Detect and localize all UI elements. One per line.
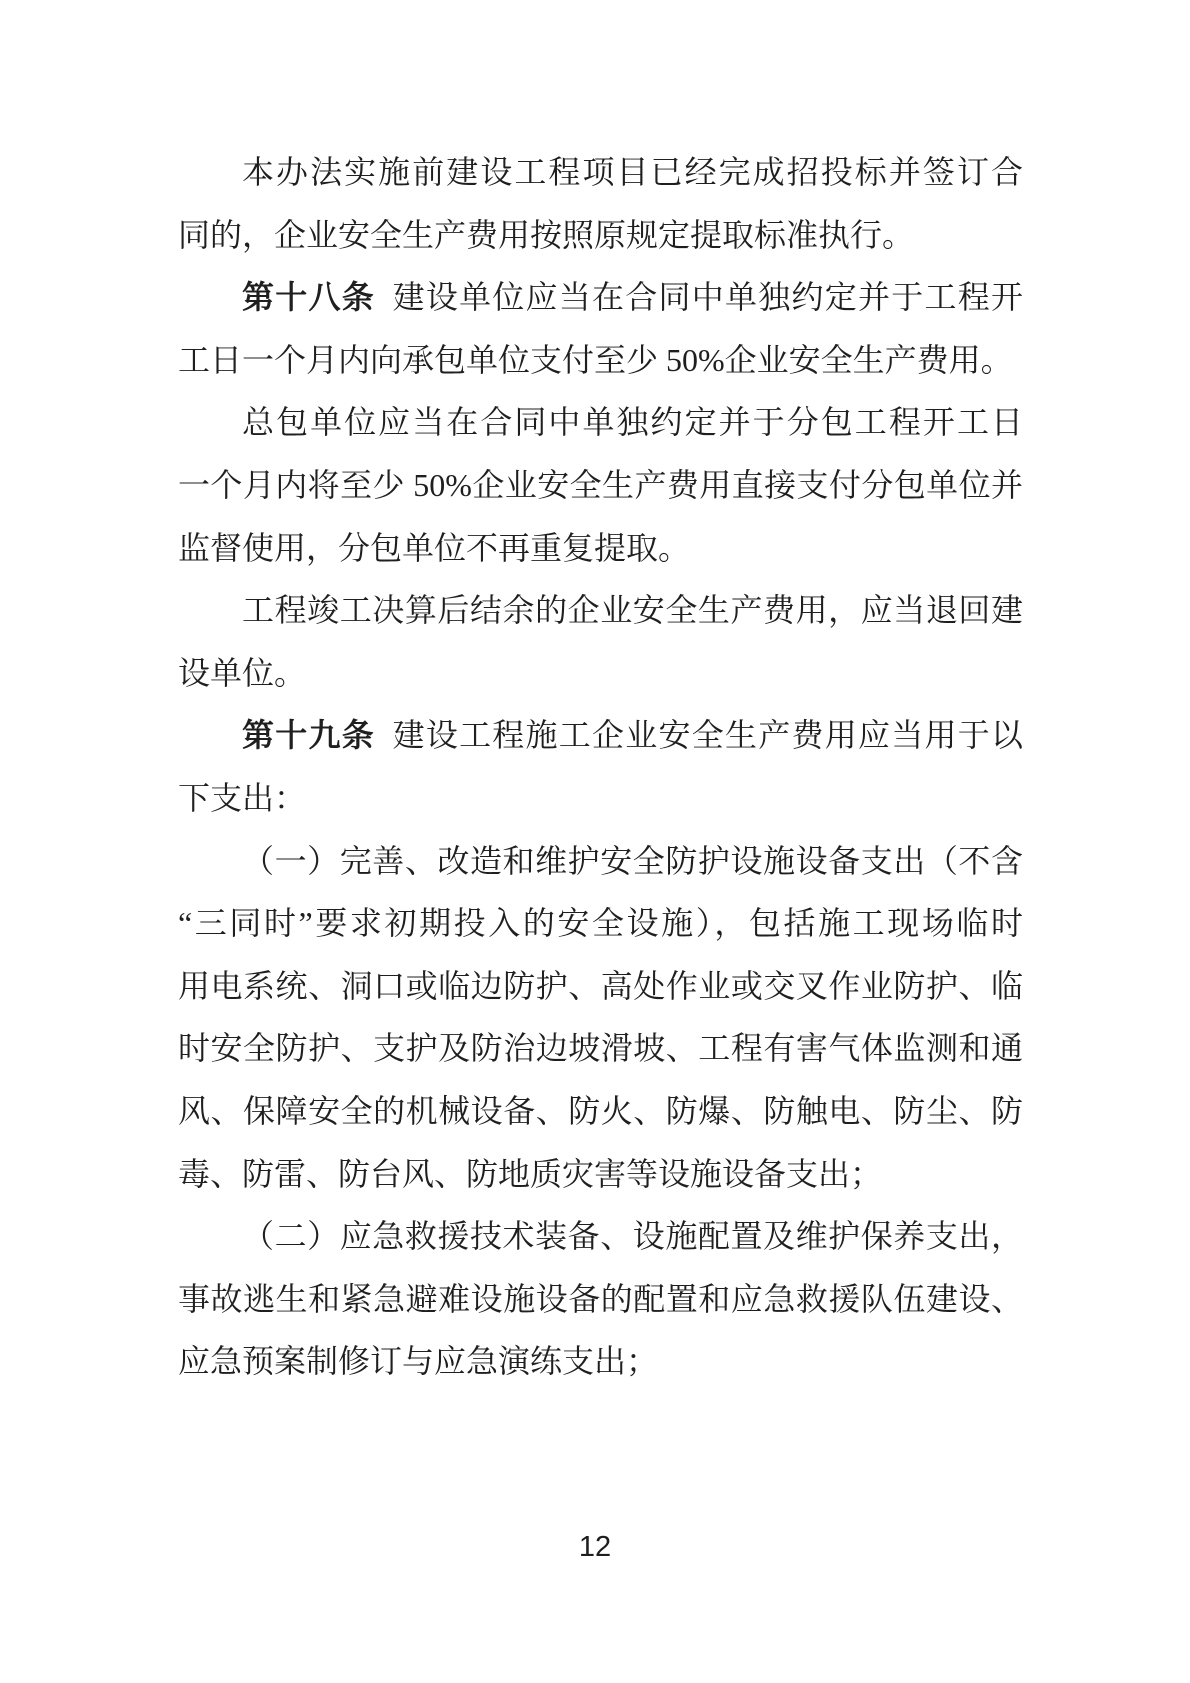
text-line: 总包单位应当在合同中单独约定并于分包工程开工日 xyxy=(178,391,1023,454)
text-line: 事故逃生和紧急避难设施设备的配置和应急救援队伍建设、 xyxy=(178,1268,1023,1331)
article-number: 第十八条 xyxy=(242,279,375,315)
text-line: （二）应急救援技术装备、设施配置及维护保养支出， xyxy=(178,1205,1023,1268)
document-page: 本办法实施前建设工程项目已经完成招投标并签订合同的，企业安全生产费用按照原规定提… xyxy=(0,0,1190,1683)
text-line: 工程竣工决算后结余的企业安全生产费用，应当退回建 xyxy=(178,579,1023,642)
text-line: 一个月内将至少 50%企业安全生产费用直接支付分包单位并 xyxy=(178,454,1023,517)
text-line: 应急预案制修订与应急演练支出； xyxy=(178,1330,1023,1393)
text-line: “三同时”要求初期投入的安全设施），包括施工现场临时 xyxy=(178,892,1023,955)
text-line: 用电系统、洞口或临边防护、高处作业或交叉作业防护、临 xyxy=(178,955,1023,1018)
article-number: 第十九条 xyxy=(242,717,375,753)
text-line: 第十九条建设工程施工企业安全生产费用应当用于以 xyxy=(178,704,1023,767)
text-line: 风、保障安全的机械设备、防火、防爆、防触电、防尘、防 xyxy=(178,1080,1023,1143)
text-line: 监督使用，分包单位不再重复提取。 xyxy=(178,517,1023,580)
text-line: 毒、防雷、防台风、防地质灾害等设施设备支出； xyxy=(178,1143,1023,1206)
page-number: 12 xyxy=(0,1531,1190,1564)
text-line: 时安全防护、支护及防治边坡滑坡、工程有害气体监测和通 xyxy=(178,1017,1023,1080)
text-line: （一）完善、改造和维护安全防护设施设备支出（不含 xyxy=(178,830,1023,893)
text-line: 工日一个月内向承包单位支付至少 50%企业安全生产费用。 xyxy=(178,329,1023,392)
text-line: 同的，企业安全生产费用按照原规定提取标准执行。 xyxy=(178,204,1023,267)
text-line: 设单位。 xyxy=(178,642,1023,705)
text-line: 第十八条建设单位应当在合同中单独约定并于工程开 xyxy=(178,266,1023,329)
text-line: 本办法实施前建设工程项目已经完成招投标并签订合 xyxy=(178,141,1023,204)
text-line: 下支出： xyxy=(178,767,1023,830)
document-body: 本办法实施前建设工程项目已经完成招投标并签订合同的，企业安全生产费用按照原规定提… xyxy=(178,141,1023,1393)
